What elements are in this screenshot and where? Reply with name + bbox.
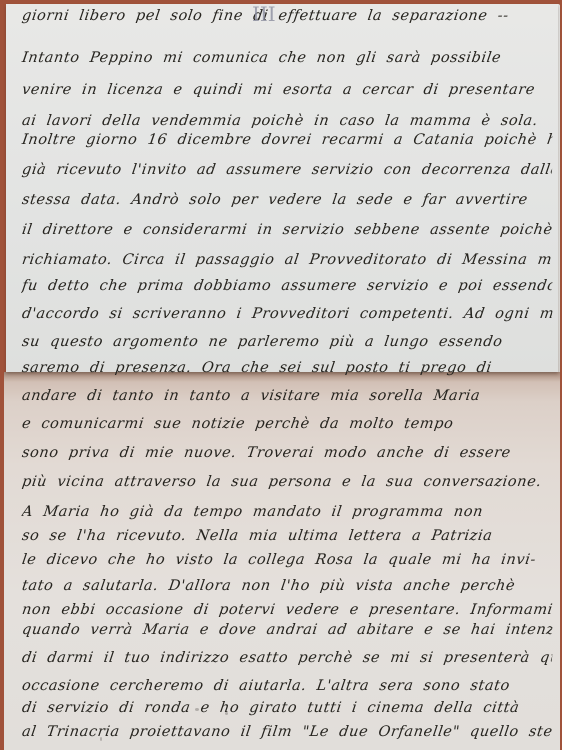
text-line-5: Inoltre giorno 16 dicembre dovrei recarm… [21, 132, 553, 148]
text-line-24: di darmi il tuo indirizzo esatto perchè … [21, 650, 553, 666]
text-line-15: e comunicarmi sue notizie perchè da molt… [21, 416, 553, 432]
text-line-8: il direttore e considerarmi in servizio … [21, 222, 553, 238]
text-line-13: saremo di presenza. Ora che sei sul post… [21, 360, 553, 376]
text-line-19: so se l'ha ricevuto. Nella mia ultima le… [21, 528, 553, 544]
text-line-10: fu detto che prima dobbiamo assumere ser… [21, 278, 553, 294]
paper-stain [195, 708, 199, 711]
text-line-7: stessa data. Andrò solo per vedere la se… [21, 192, 553, 208]
text-line-1: giorni libero pel solo fine di effettuar… [21, 8, 553, 24]
text-line-17: più vicina attraverso la sua persona e l… [21, 474, 553, 490]
text-line-20: le dicevo che ho visto la collega Rosa l… [21, 552, 553, 568]
text-line-3: venire in licenza e quindi mi esorta a c… [21, 82, 553, 98]
text-line-16: sono priva di mie nuove. Troverai modo a… [21, 445, 553, 461]
text-line-22: non ebbi occasione di potervi vedere e p… [21, 602, 553, 618]
text-line-14: andare di tanto in tanto a visitare mia … [21, 388, 553, 404]
text-line-2: Intanto Peppino mi comunica che non gli … [21, 50, 553, 66]
text-line-21: tato a salutarla. D'allora non l'ho più … [21, 578, 553, 594]
page-marker: III [252, 2, 276, 26]
text-line-9: richiamato. Circa il passaggio al Provve… [21, 252, 553, 268]
paper-stain [225, 712, 228, 715]
text-line-11: d'accordo si scriveranno i Provveditori … [21, 306, 553, 322]
text-line-6: già ricevuto l'invito ad assumere serviz… [21, 162, 553, 178]
text-line-26: di servizio di ronda e ho girato tutti i… [21, 700, 553, 716]
text-line-23: quando verrà Maria e dove andrai ad abit… [21, 622, 553, 638]
text-line-4: ai lavori della vendemmia poichè in caso… [21, 113, 553, 129]
text-line-18: A Maria ho già da tempo mandato il progr… [21, 504, 553, 520]
paper-stain [100, 737, 102, 741]
text-line-25: occasione cercheremo di aiutarla. L'altr… [21, 678, 553, 694]
text-line-12: su questo argomento ne parleremo più a l… [21, 334, 553, 350]
